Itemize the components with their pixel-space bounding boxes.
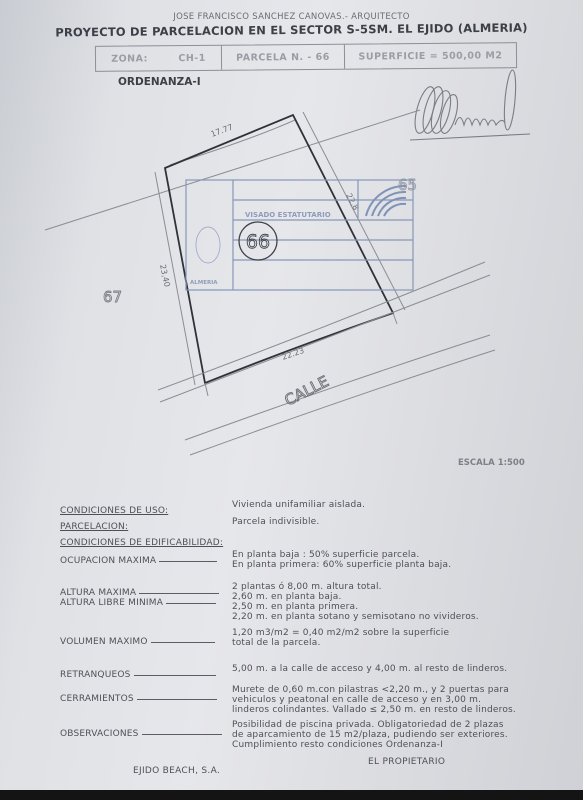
document-sheet: JOSE FRANCISCO SANCHEZ CANOVAS.- ARQUITE… — [0, 0, 583, 790]
retranqueos-value: 5,00 m. a la calle de acceso y 4,00 m. a… — [232, 664, 507, 674]
visado-stamp — [186, 180, 413, 290]
volumen-value: 1,20 m3/m2 = 0,40 m2/m2 sobre la superfi… — [232, 628, 449, 648]
stamp-crest-icon — [196, 227, 220, 263]
stamp-text: VISADO ESTATUTARIO — [245, 211, 331, 219]
altura-value: 2 plantas ó 8,00 m. altura total. 2,60 m… — [232, 582, 479, 622]
cerramientos-value: Murete de 0,60 m.con pilastras <2,20 m.,… — [232, 685, 516, 715]
observaciones-value: Posibilidad de piscina privada. Obligato… — [232, 720, 508, 750]
street-label: CALLE — [282, 372, 332, 409]
site-plan: 17.77 23,40 22,8 22.23 67 65 CALLE VISAD… — [0, 0, 583, 480]
retranqueos-label: RETRANQUEOS — [60, 670, 216, 680]
bottom-edge — [0, 790, 583, 800]
cerramientos-label: CERRAMIENTOS — [60, 694, 217, 704]
dim-left: 23,40 — [158, 264, 172, 288]
altura-maxima-label: ALTURA MAXIMA — [60, 588, 219, 598]
altura-libre-label: ALTURA LIBRE MINIMA — [60, 598, 216, 608]
volumen-label: VOLUMEN MAXIMO — [60, 637, 215, 647]
dim-bottom: 22.23 — [281, 346, 306, 362]
uso-label: CONDICIONES DE USO: — [60, 506, 168, 516]
ocupacion-label: OCUPACION MAXIMA — [60, 556, 217, 566]
observaciones-label: OBSERVACIONES — [60, 729, 222, 739]
uso-value: Vivienda unifamiliar aislada. — [232, 500, 365, 510]
footer-company: EJIDO BEACH, S.A. — [133, 766, 220, 776]
parcel-number: 66 — [246, 231, 270, 253]
signature-icon — [410, 70, 530, 140]
ocupacion-value: En planta baja : 50% superficie parcela.… — [232, 550, 451, 570]
footer-owner: EL PROPIETARIO — [368, 757, 445, 767]
neighbor-67: 67 — [103, 288, 122, 306]
parcelacion-value: Parcela indivisible. — [232, 517, 319, 527]
parcelacion-label: PARCELACION: — [60, 522, 128, 532]
scale-label: ESCALA 1:500 — [458, 458, 525, 468]
stamp-city: ALMERIA — [190, 280, 218, 286]
dim-top: 17.77 — [210, 123, 235, 139]
edificabilidad-label: CONDICIONES DE EDIFICABILIDAD: — [60, 538, 223, 548]
